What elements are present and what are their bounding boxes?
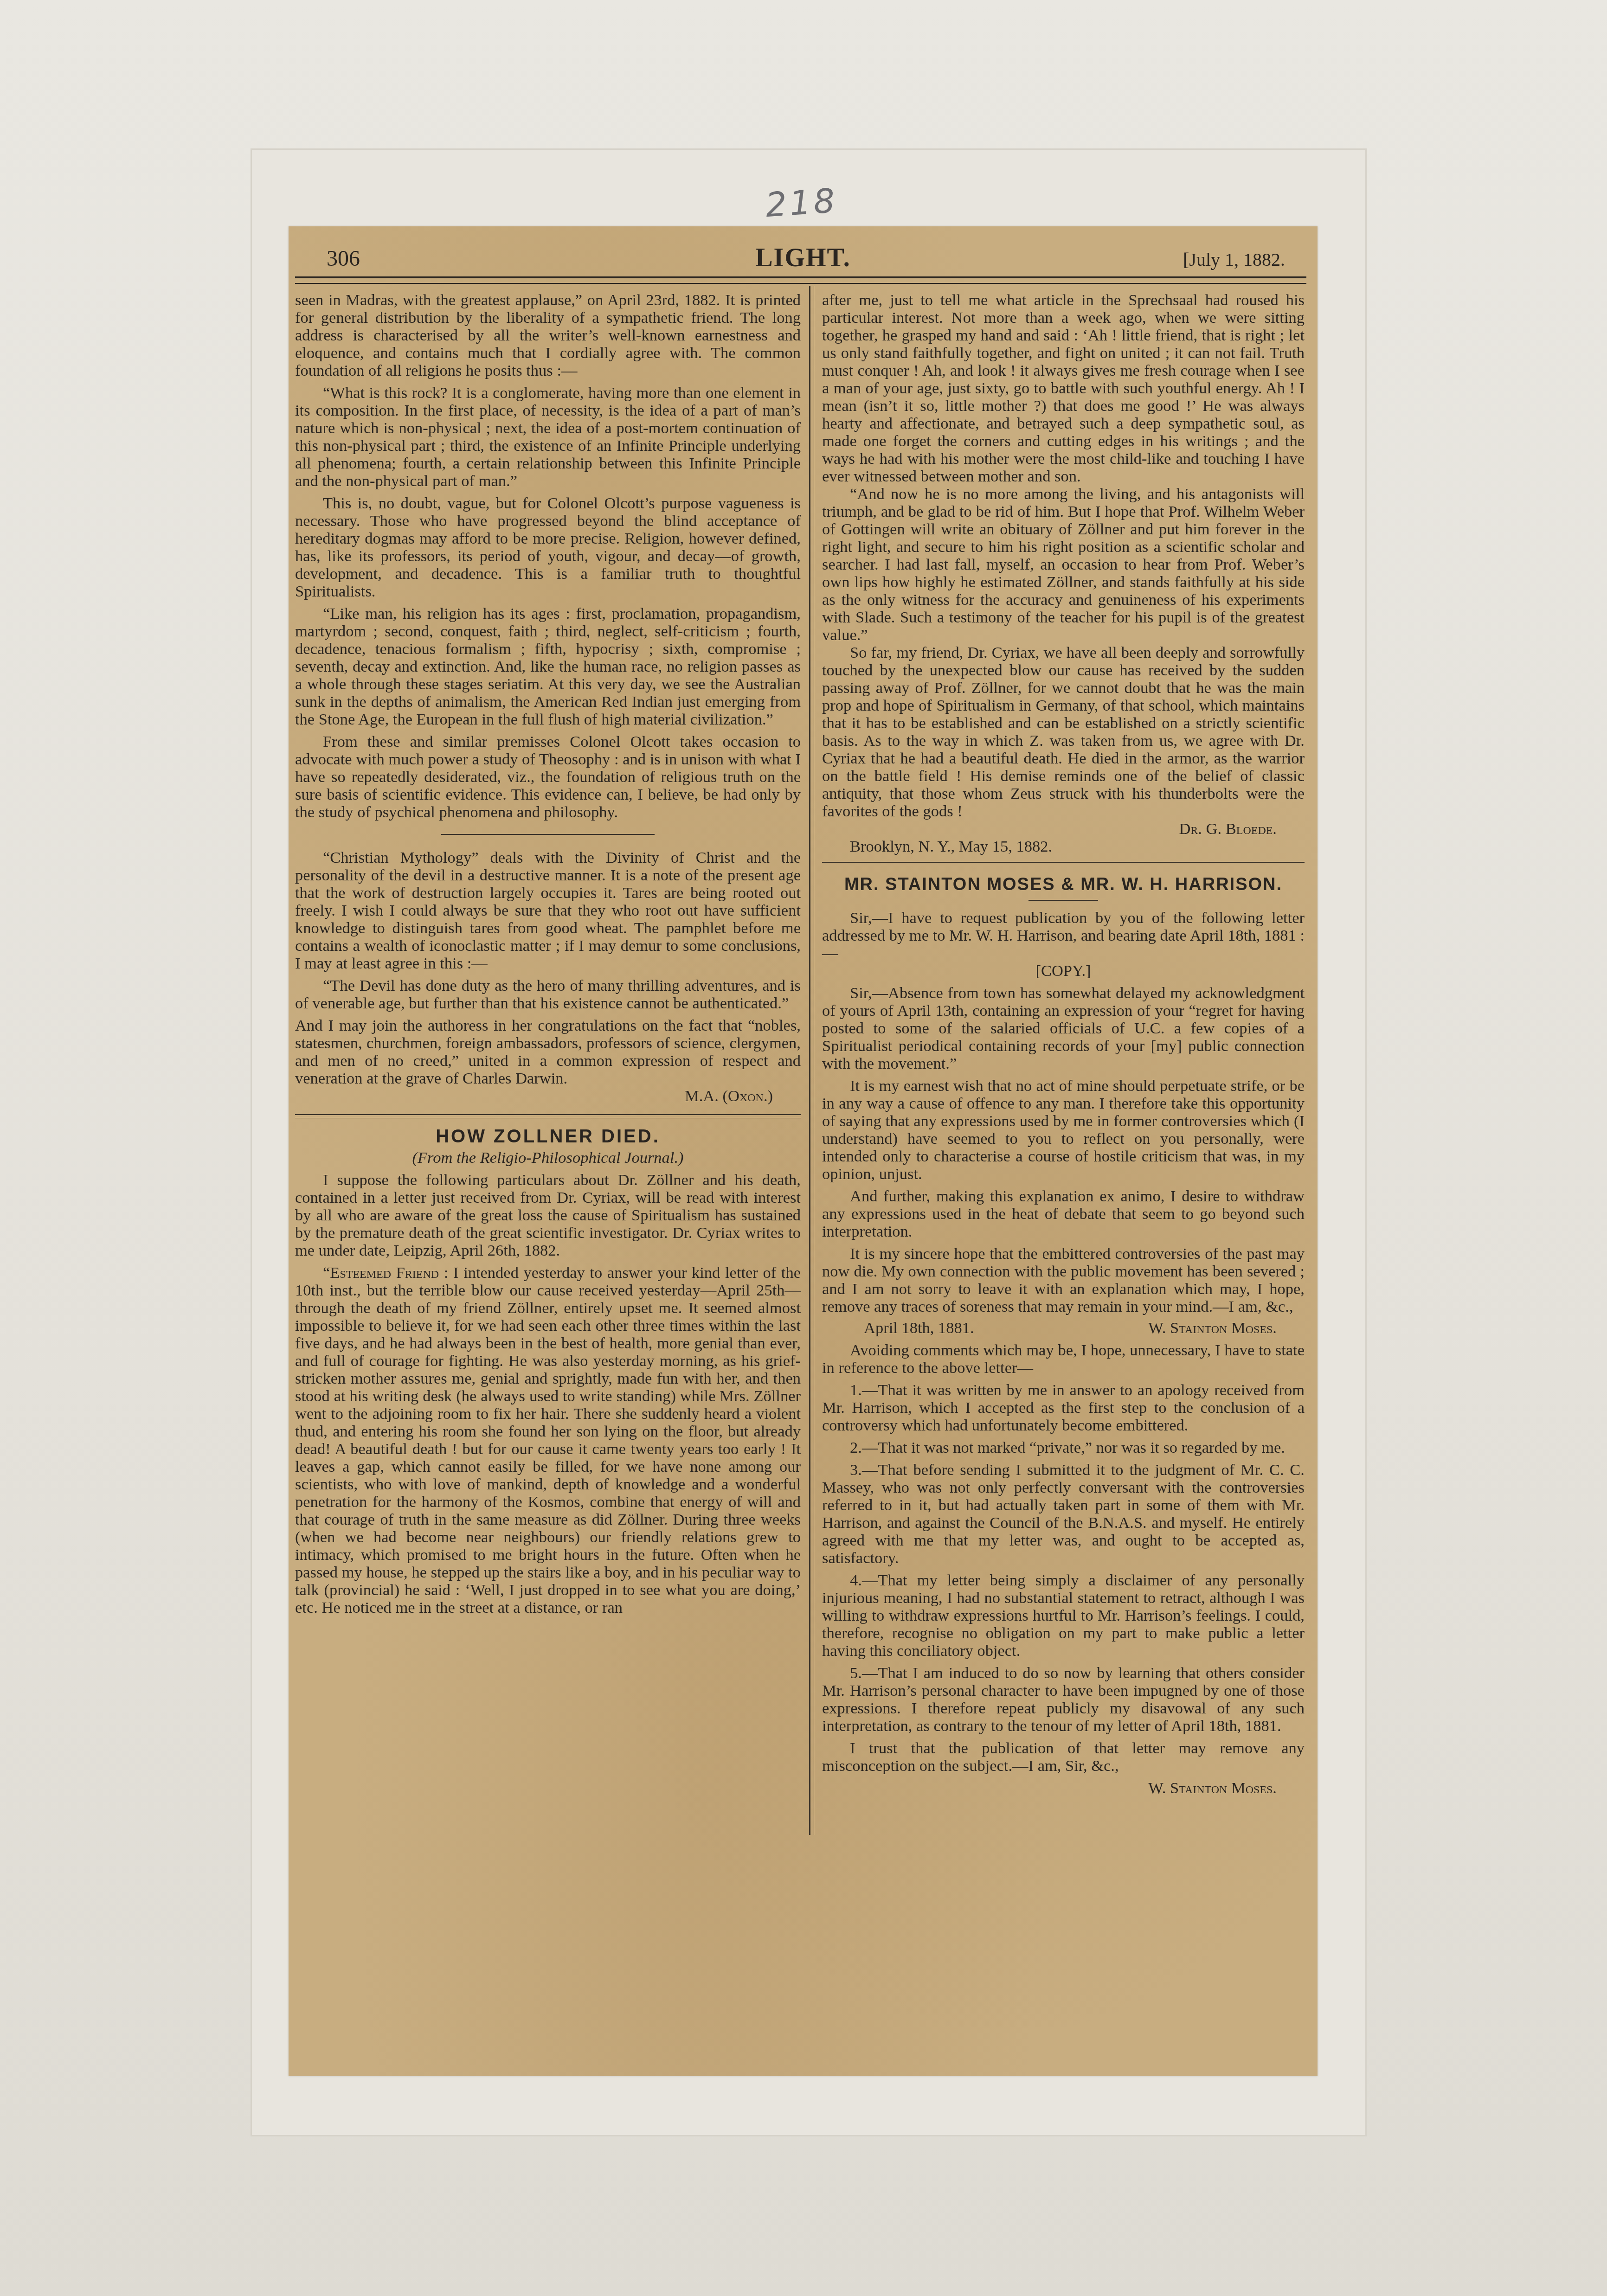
newspaper-clipping: 306 LIGHT. [July 1, 1882. seen in Madras…	[289, 226, 1318, 2076]
article-heading-zollner: HOW ZOLLNER DIED.	[295, 1128, 801, 1145]
letter-paragraph: “And now he is no more among the living,…	[822, 485, 1305, 644]
article-paragraph: So far, my friend, Dr. Cyriax, we have a…	[822, 644, 1305, 820]
letter-date: April 18th, 1881.	[864, 1319, 974, 1337]
article-break	[295, 1114, 801, 1118]
comment-point: 4.—That my letter being simply a disclai…	[822, 1571, 1305, 1660]
article-signature: Dr. G. Bloede.	[822, 820, 1305, 838]
copy-label: [COPY.]	[822, 962, 1305, 980]
issue-date: [July 1, 1882.	[1183, 249, 1285, 270]
comment-point: 2.—That it was not marked “private,” nor…	[822, 1439, 1305, 1456]
review-signature: M.A. (Oxon.)	[295, 1087, 801, 1105]
review-paragraph: This is, no doubt, vague, but for Colone…	[295, 494, 801, 600]
letter-paragraph: It is my earnest wish that no act of min…	[822, 1077, 1305, 1183]
comment-paragraph: Avoiding comments which may be, I hope, …	[822, 1341, 1305, 1377]
review-quote: “The Devil has done duty as the hero of …	[295, 977, 801, 1012]
left-column: seen in Madras, with the greatest applau…	[295, 291, 801, 1616]
article-heading-harrison: MR. STAINTON MOSES & MR. W. H. HARRISON.	[822, 876, 1305, 893]
column-divider	[809, 286, 810, 1835]
letter-paragraph: after me, just to tell me what article i…	[822, 291, 1305, 485]
masthead-rule	[295, 276, 1306, 284]
comment-point: 3.—That before sending I submitted it to…	[822, 1461, 1305, 1567]
section-rule	[441, 834, 655, 835]
article-paragraph: I suppose the following particulars abou…	[295, 1171, 801, 1259]
review-quote: “What is this rock? It is a conglomerate…	[295, 384, 801, 490]
column-divider-thin	[814, 286, 814, 1835]
article-source: (From the Religio-Philosophical Journal.…	[295, 1149, 801, 1167]
heading-rule	[1028, 900, 1098, 901]
letter-paragraph: It is my sincere hope that the embittere…	[822, 1245, 1305, 1315]
review-quote: “Like man, his religion has its ages : f…	[295, 605, 801, 728]
letter-body: : I intended yesterday to answer your ki…	[295, 1264, 801, 1616]
harrison-article: MR. STAINTON MOSES & MR. W. H. HARRISON.…	[822, 862, 1305, 1797]
review-paragraph: And I may join the authoress in her cong…	[295, 1017, 801, 1087]
article-paragraph: Sir,—I have to request publication by yo…	[822, 909, 1305, 962]
comment-paragraph: I trust that the publication of that let…	[822, 1739, 1305, 1775]
letter-paragraph: And further, making this explanation ex …	[822, 1187, 1305, 1240]
comment-point: 1.—That it was written by me in answer t…	[822, 1381, 1305, 1434]
pencil-annotation: 218	[764, 181, 839, 225]
right-column: after me, just to tell me what article i…	[822, 291, 1305, 1797]
letter-signoff: April 18th, 1881. W. Stainton Moses.	[822, 1319, 1305, 1337]
letter-salutation: “Esteemed Friend	[323, 1264, 439, 1282]
paper-title: LIGHT.	[289, 243, 1318, 273]
comment-point: 5.—That I am induced to do so now by lea…	[822, 1664, 1305, 1735]
review-paragraph: From these and similar premisses Colonel…	[295, 733, 801, 821]
article-dateline: Brooklyn, N. Y., May 15, 1882.	[822, 838, 1305, 855]
review-paragraph: “Christian Mythology” deals with the Div…	[295, 849, 801, 972]
masthead: 306 LIGHT. [July 1, 1882.	[289, 226, 1318, 282]
final-signature: W. Stainton Moses.	[822, 1779, 1305, 1797]
letter-paragraph: Sir,—Absence from town has somewhat dela…	[822, 984, 1305, 1072]
letter-paragraph: “Esteemed Friend : I intended yesterday …	[295, 1264, 801, 1616]
review-paragraph: seen in Madras, with the greatest applau…	[295, 291, 801, 379]
letter-signature: W. Stainton Moses.	[1148, 1319, 1277, 1337]
